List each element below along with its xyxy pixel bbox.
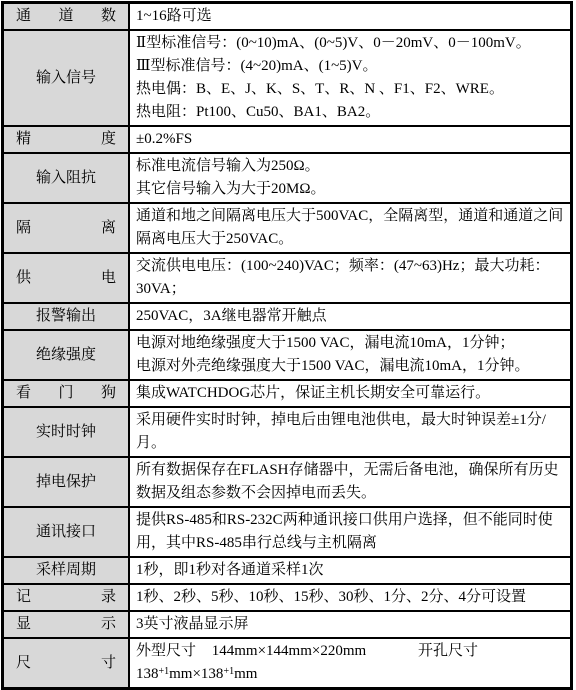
row-value: 通道和地之间隔离电压大于500VAC，全隔离型，通道和通道之间隔离电压大于250… bbox=[129, 203, 572, 253]
outline-size-label: 外型尺寸 bbox=[136, 640, 196, 663]
row-value-line: 电源对外壳绝缘强度大于1500 VAC，漏电流10mA，1分钟。 bbox=[136, 355, 566, 378]
row-label: 看 门 狗 bbox=[3, 380, 130, 407]
row-value-line: 1秒，即1秒对各通道采样1次 bbox=[136, 559, 566, 582]
row-value-line: 集成WATCHDOG芯片，保证主机长期安全可靠运行。 bbox=[136, 382, 566, 405]
row-label: 通 道 数 bbox=[3, 3, 130, 31]
spec-table: 通 道 数 1~16路可选 输入信号 Ⅱ型标准信号：(0~10)mA、(0~5)… bbox=[1, 1, 573, 690]
spec-row-dimensions: 尺 寸 外型尺寸 144mm×144mm×220mm 开孔尺寸 138+1mm×… bbox=[3, 638, 572, 689]
spec-row-accuracy: 精 度 ±0.2%FS bbox=[3, 126, 572, 153]
row-value-line: 1秒、2秒、5秒、10秒、15秒、30秒、1分、2分、4分可设置 bbox=[136, 586, 566, 609]
row-label: 精 度 bbox=[3, 126, 130, 153]
row-value-line: 250VAC，3A继电器常开触点 bbox=[136, 305, 566, 328]
hole-size-label: 开孔尺寸 bbox=[418, 640, 478, 663]
row-value-line: 电源对地绝缘强度大于1500 VAC，漏电流10mA，1分钟； bbox=[136, 332, 566, 355]
dimensions-line: 外型尺寸 144mm×144mm×220mm 开孔尺寸 138+1mm×138+… bbox=[136, 640, 566, 686]
spec-row-sampling-period: 采样周期 1秒，即1秒对各通道采样1次 bbox=[3, 557, 572, 584]
spec-row-channels: 通 道 数 1~16路可选 bbox=[3, 3, 572, 31]
row-value-line: 其它信号输入为大于20MΩ。 bbox=[136, 178, 566, 201]
spec-row-power-supply: 供 电 交流供电电压：(100~240)VAC；频率：(47~63)Hz；最大功… bbox=[3, 253, 572, 303]
row-value-line: 热电阻：Pt100、Cu50、BA1、BA2。 bbox=[136, 101, 566, 124]
spec-row-isolation: 隔 离 通道和地之间隔离电压大于500VAC，全隔离型，通道和通道之间隔离电压大… bbox=[3, 203, 572, 253]
row-value: 交流供电电压：(100~240)VAC；频率：(47~63)Hz；最大功耗：30… bbox=[129, 253, 572, 303]
spec-row-input-impedance: 输入阻抗 标准电流信号输入为250Ω。 其它信号输入为大于20MΩ。 bbox=[3, 153, 572, 203]
row-label: 显 示 bbox=[3, 611, 130, 638]
row-value: 提供RS-485和RS-232C两种通讯接口供用户选择，但不能同时使用，其中RS… bbox=[129, 507, 572, 557]
row-value-line: 提供RS-485和RS-232C两种通讯接口供用户选择，但不能同时使用，其中RS… bbox=[136, 509, 566, 555]
row-value: ±0.2%FS bbox=[129, 126, 572, 153]
row-label: 输入信号 bbox=[3, 30, 130, 126]
row-value: 电源对地绝缘强度大于1500 VAC，漏电流10mA，1分钟； 电源对外壳绝缘强… bbox=[129, 330, 572, 380]
spec-row-display: 显 示 3英寸液晶显示屏 bbox=[3, 611, 572, 638]
row-value: 1秒，即1秒对各通道采样1次 bbox=[129, 557, 572, 584]
spec-row-alarm-output: 报警输出 250VAC，3A继电器常开触点 bbox=[3, 303, 572, 330]
spec-row-insulation-strength: 绝缘强度 电源对地绝缘强度大于1500 VAC，漏电流10mA，1分钟； 电源对… bbox=[3, 330, 572, 380]
row-value-line: 采用硬件实时时钟，掉电后由锂电池供电，最大时钟误差±1分/月。 bbox=[136, 409, 566, 455]
row-label: 采样周期 bbox=[3, 557, 130, 584]
spec-row-comm-interface: 通讯接口 提供RS-485和RS-232C两种通讯接口供用户选择，但不能同时使用… bbox=[3, 507, 572, 557]
row-label: 实时时钟 bbox=[3, 407, 130, 457]
row-label: 记 录 bbox=[3, 584, 130, 611]
row-value: Ⅱ型标准信号：(0~10)mA、(0~5)V、0－20mV、0－100mV。 Ⅲ… bbox=[129, 30, 572, 126]
row-value-line: 通道和地之间隔离电压大于500VAC，全隔离型，通道和通道之间隔离电压大于250… bbox=[136, 205, 566, 251]
row-value: 采用硬件实时时钟，掉电后由锂电池供电，最大时钟误差±1分/月。 bbox=[129, 407, 572, 457]
row-value: 所有数据保存在FLASH存储器中，无需后备电池，确保所有历史数据及组态参数不会因… bbox=[129, 457, 572, 507]
row-value: 1~16路可选 bbox=[129, 3, 572, 31]
spec-row-input-signal: 输入信号 Ⅱ型标准信号：(0~10)mA、(0~5)V、0－20mV、0－100… bbox=[3, 30, 572, 126]
row-value-line: ±0.2%FS bbox=[136, 128, 566, 151]
row-value-line: 所有数据保存在FLASH存储器中，无需后备电池，确保所有历史数据及组态参数不会因… bbox=[136, 459, 566, 505]
spec-row-real-time-clock: 实时时钟 采用硬件实时时钟，掉电后由锂电池供电，最大时钟误差±1分/月。 bbox=[3, 407, 572, 457]
tolerance-superscript: +1 bbox=[223, 666, 234, 677]
row-value: 外型尺寸 144mm×144mm×220mm 开孔尺寸 138+1mm×138+… bbox=[129, 638, 572, 689]
page: 通 道 数 1~16路可选 输入信号 Ⅱ型标准信号：(0~10)mA、(0~5)… bbox=[0, 0, 576, 626]
hole-size-value: 138+1mm×138+1mm bbox=[136, 663, 257, 686]
row-value-line: Ⅱ型标准信号：(0~10)mA、(0~5)V、0－20mV、0－100mV。 bbox=[136, 32, 566, 55]
row-label: 隔 离 bbox=[3, 203, 130, 253]
tolerance-superscript: +1 bbox=[159, 666, 170, 677]
row-label: 供 电 bbox=[3, 253, 130, 303]
row-label: 通讯接口 bbox=[3, 507, 130, 557]
row-label: 掉电保护 bbox=[3, 457, 130, 507]
row-value: 1秒、2秒、5秒、10秒、15秒、30秒、1分、2分、4分可设置 bbox=[129, 584, 572, 611]
row-value-line: Ⅲ型标准信号：(4~20)mA、(1~5)V。 bbox=[136, 55, 566, 78]
spec-row-record-interval: 记 录 1秒、2秒、5秒、10秒、15秒、30秒、1分、2分、4分可设置 bbox=[3, 584, 572, 611]
row-value: 集成WATCHDOG芯片，保证主机长期安全可靠运行。 bbox=[129, 380, 572, 407]
spec-row-power-failure-protection: 掉电保护 所有数据保存在FLASH存储器中，无需后备电池，确保所有历史数据及组态… bbox=[3, 457, 572, 507]
row-value-line: 1~16路可选 bbox=[136, 5, 566, 28]
row-value-line: 标准电流信号输入为250Ω。 bbox=[136, 155, 566, 178]
row-value-line: 交流供电电压：(100~240)VAC；频率：(47~63)Hz；最大功耗：30… bbox=[136, 255, 566, 301]
row-label: 绝缘强度 bbox=[3, 330, 130, 380]
row-value-line: 3英寸液晶显示屏 bbox=[136, 613, 566, 636]
row-label: 报警输出 bbox=[3, 303, 130, 330]
row-label: 尺 寸 bbox=[3, 638, 130, 689]
spec-row-watchdog: 看 门 狗 集成WATCHDOG芯片，保证主机长期安全可靠运行。 bbox=[3, 380, 572, 407]
row-label: 输入阻抗 bbox=[3, 153, 130, 203]
row-value-line: 热电偶：B、E、J、K、S、T、R、N 、F1、F2、WRE。 bbox=[136, 78, 566, 101]
row-value: 标准电流信号输入为250Ω。 其它信号输入为大于20MΩ。 bbox=[129, 153, 572, 203]
row-value: 3英寸液晶显示屏 bbox=[129, 611, 572, 638]
outline-size-value: 144mm×144mm×220mm bbox=[212, 640, 366, 663]
row-value: 250VAC，3A继电器常开触点 bbox=[129, 303, 572, 330]
